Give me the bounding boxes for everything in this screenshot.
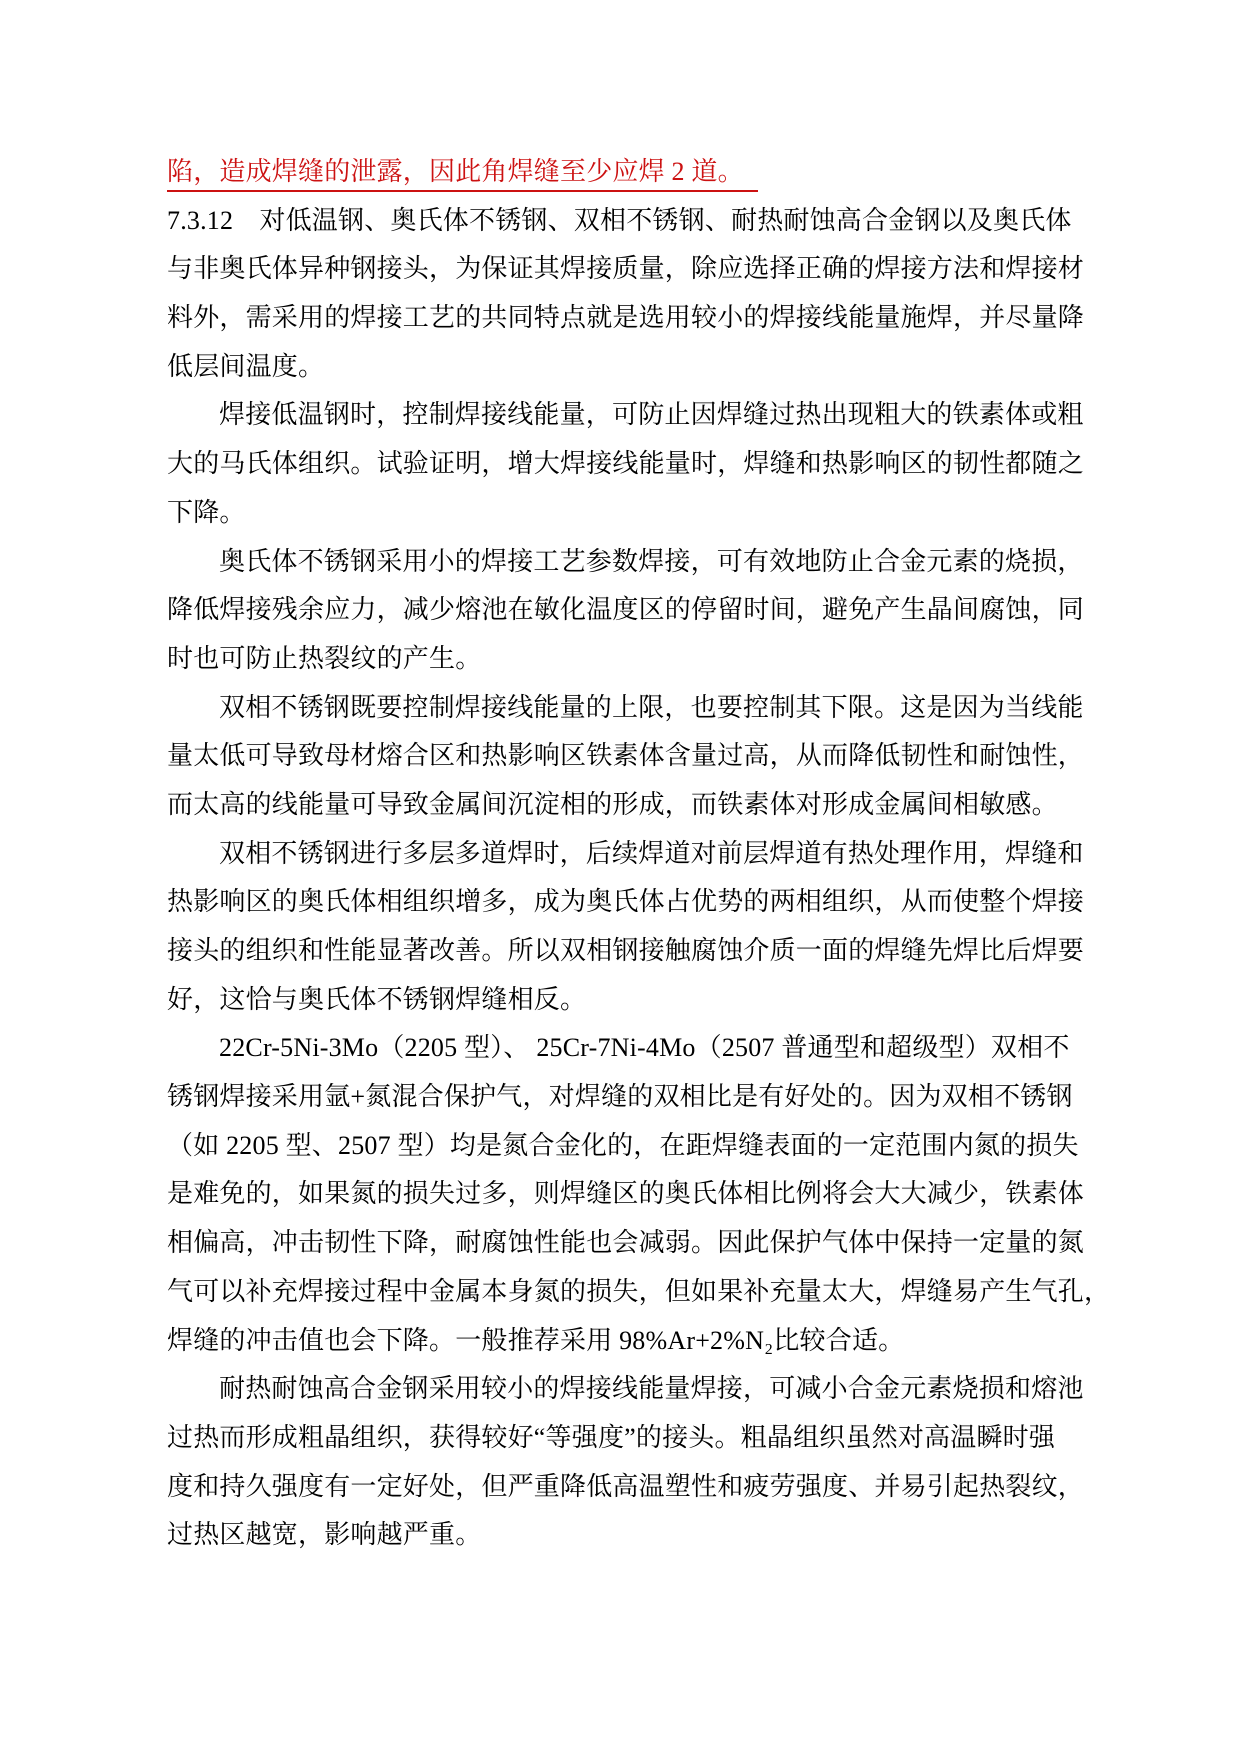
paragraph-duplex-multipass: 双相不锈钢进行多层多道焊时，后续焊道对前层焊道有热处理作用，焊缝和热影响区的奥氏… [167, 830, 1078, 1025]
text-line: 气可以补充焊接过程中金属本身氮的损失，但如果补充量太大，焊缝易产生气孔， [167, 1268, 1078, 1317]
text-line: 焊缝的冲击值也会下降。一般推荐采用 98%Ar+2%N₂比较合适。 [167, 1317, 1078, 1366]
text-line: 度和持久强度有一定好处，但严重降低高温塑性和疲劳强度、并易引起热裂纹， [167, 1463, 1078, 1512]
paragraph-low-temp-steel: 焊接低温钢时，控制焊接线能量，可防止因焊缝过热出现粗大的铁素体或粗大的马氏体组织… [167, 391, 1078, 537]
text-line: 过热区越宽，影响越严重。 [167, 1511, 1078, 1560]
text-line: 下降。 [167, 489, 1078, 538]
text-line: 耐热耐蚀高合金钢采用较小的焊接线能量焊接，可减小合金元素烧损和熔池 [167, 1365, 1078, 1414]
document-page: 陷，造成焊缝的泄露，因此角焊缝至少应焊 2 道。7.3.12 对低温钢、奥氏体不… [0, 0, 1241, 1754]
text-line: 热影响区的奥氏体相组织增多，成为奥氏体占优势的两相组织，从而使整个焊接 [167, 878, 1078, 927]
text-line: 料外，需采用的焊接工艺的共同特点就是选用较小的焊接线能量施焊，并尽量降 [167, 294, 1078, 343]
text-line: 好，这恰与奥氏体不锈钢焊缝相反。 [167, 976, 1078, 1025]
text-line: 22Cr-5Ni-3Mo（2205 型）、 25Cr-7Ni-4Mo（2507 … [167, 1024, 1078, 1073]
text-line: 降低焊接残余应力，减少熔池在敏化温度区的停留时间，避免产生晶间腐蚀，同 [167, 586, 1078, 635]
text-line: 与非奥氏体异种钢接头，为保证其焊接质量，除应选择正确的焊接方法和焊接材 [167, 245, 1078, 294]
text-line: 奥氏体不锈钢采用小的焊接工艺参数焊接，可有效地防止合金元素的烧损， [167, 538, 1078, 587]
text-line: 相偏高，冲击韧性下降，耐腐蚀性能也会减弱。因此保护气体中保持一定量的氮 [167, 1219, 1078, 1268]
text-line: 焊接低温钢时，控制焊接线能量，可防止因焊缝过热出现粗大的铁素体或粗 [167, 391, 1078, 440]
document-body: 陷，造成焊缝的泄露，因此角焊缝至少应焊 2 道。7.3.12 对低温钢、奥氏体不… [167, 148, 1078, 1560]
text-line: 双相不锈钢既要控制焊接线能量的上限，也要控制其下限。这是因为当线能 [167, 684, 1078, 733]
text-line: （如 2205 型、2507 型）均是氮合金化的，在距焊缝表面的一定范围内氮的损… [167, 1122, 1078, 1171]
text-line: 低层间温度。 [167, 343, 1078, 392]
text-line: 双相不锈钢进行多层多道焊时，后续焊道对前层焊道有热处理作用，焊缝和 [167, 830, 1078, 879]
text-line: 7.3.12 对低温钢、奥氏体不锈钢、双相不锈钢、耐热耐蚀高合金钢以及奥氏体 [167, 197, 1078, 246]
text-line: 时也可防止热裂纹的产生。 [167, 635, 1078, 684]
text-line: 量太低可导致母材熔合区和热影响区铁素体含量过高，从而降低韧性和耐蚀性， [167, 732, 1078, 781]
text-line: 陷，造成焊缝的泄露，因此角焊缝至少应焊 2 道。 [167, 148, 1078, 197]
paragraph-duplex-energy-limits: 双相不锈钢既要控制焊接线能量的上限，也要控制其下限。这是因为当线能量太低可导致母… [167, 684, 1078, 830]
paragraph-continued-red-note: 陷，造成焊缝的泄露，因此角焊缝至少应焊 2 道。 [167, 148, 1078, 197]
text-line: 是难免的，如果氮的损失过多，则焊缝区的奥氏体相比例将会大大减少，铁素体 [167, 1170, 1078, 1219]
paragraph-austenitic-stainless: 奥氏体不锈钢采用小的焊接工艺参数焊接，可有效地防止合金元素的烧损，降低焊接残余应… [167, 538, 1078, 684]
text-line: 过热而形成粗晶组织，获得较好“等强度”的接头。粗晶组织虽然对高温瞬时强 [167, 1414, 1078, 1463]
paragraph-clause-7-3-12: 7.3.12 对低温钢、奥氏体不锈钢、双相不锈钢、耐热耐蚀高合金钢以及奥氏体与非… [167, 197, 1078, 392]
text-line: 而太高的线能量可导致金属间沉淀相的形成，而铁素体对形成金属间相敏感。 [167, 781, 1078, 830]
text-line: 接头的组织和性能显著改善。所以双相钢接触腐蚀介质一面的焊缝先焊比后焊要 [167, 927, 1078, 976]
paragraph-duplex-nitrogen-shielding: 22Cr-5Ni-3Mo（2205 型）、 25Cr-7Ni-4Mo（2507 … [167, 1024, 1078, 1365]
red-underlined-text: 陷，造成焊缝的泄露，因此角焊缝至少应焊 2 道。 [167, 157, 758, 192]
text-line: 大的马氏体组织。试验证明，增大焊接线能量时，焊缝和热影响区的韧性都随之 [167, 440, 1078, 489]
text-line: 锈钢焊接采用氩+氮混合保护气，对焊缝的双相比是有好处的。因为双相不锈钢 [167, 1073, 1078, 1122]
paragraph-heat-resistant-alloy: 耐热耐蚀高合金钢采用较小的焊接线能量焊接，可减小合金元素烧损和熔池过热而形成粗晶… [167, 1365, 1078, 1560]
